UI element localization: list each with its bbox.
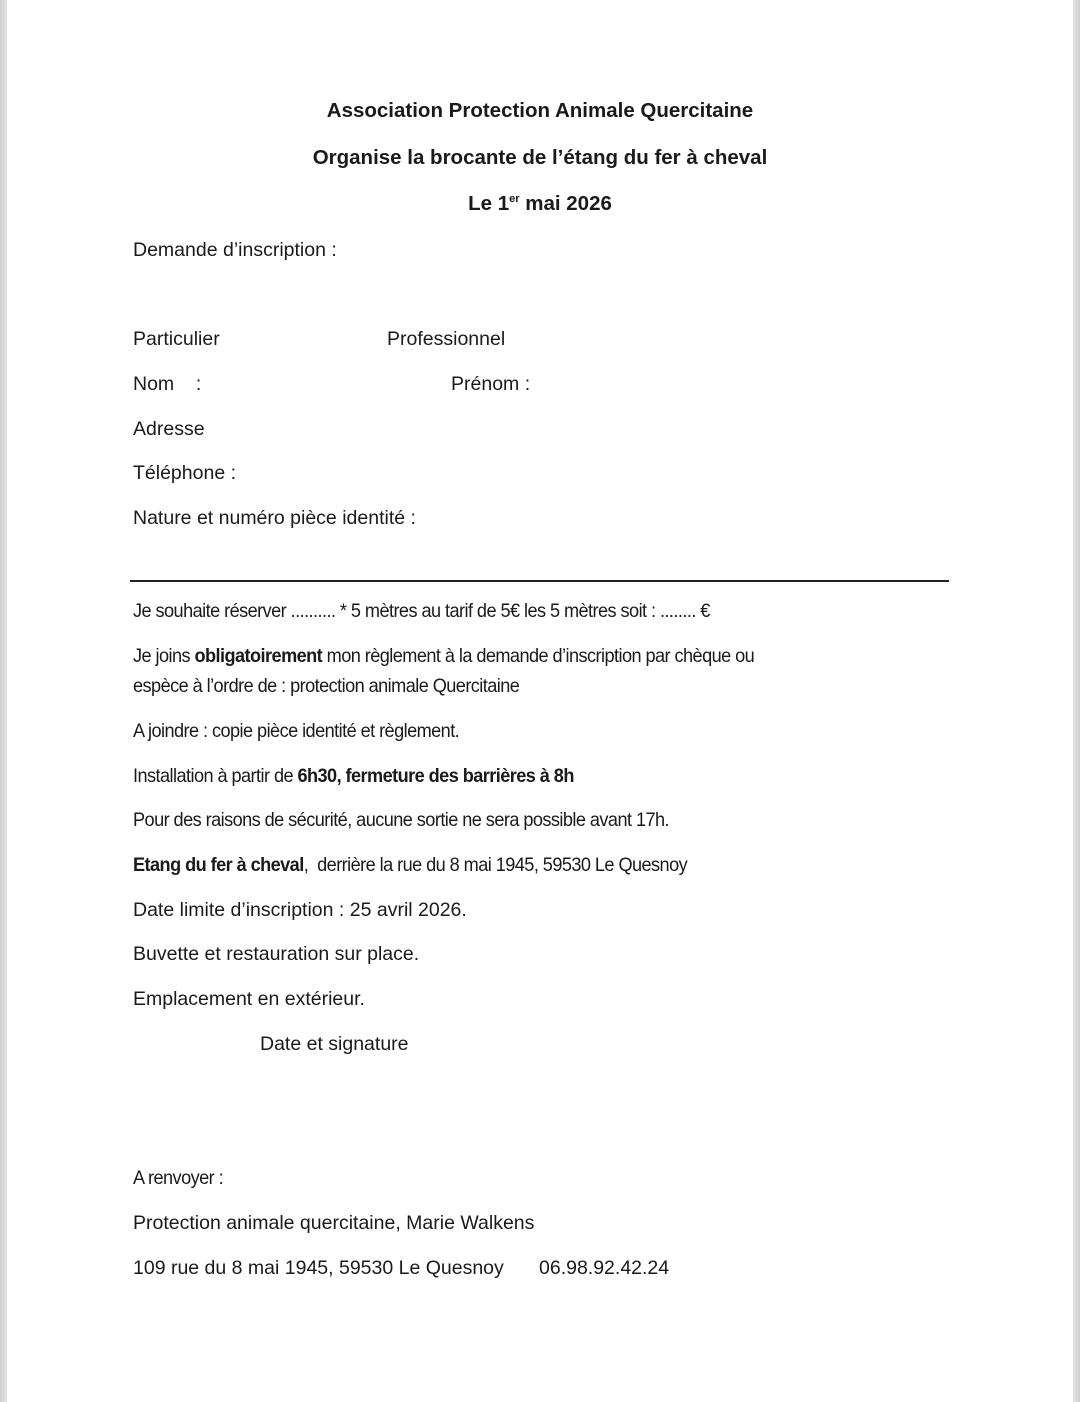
attachments-line: A joindre : copie pièce identité et règl… (133, 719, 459, 743)
phone-label: Téléphone : (133, 461, 236, 485)
first-name-label: Prénom : (451, 372, 530, 396)
location-name: Etang du fer à cheval (133, 854, 304, 876)
payment-mandatory: obligatoirement (195, 645, 323, 667)
event-title: Organise la brocante de l’étang du fer à… (7, 145, 1073, 171)
option-private: Particulier (133, 327, 220, 351)
organization-title: Association Protection Animale Quercitai… (7, 98, 1073, 124)
event-date-suffix: mai 2026 (520, 192, 612, 215)
document-page: Association Protection Animale Quercitai… (7, 0, 1073, 1402)
installation-times: 6h30, fermeture des barrières à 8h (297, 765, 573, 787)
payment-prefix: Je joins (133, 645, 195, 667)
outdoor-line: Emplacement en extérieur. (133, 987, 365, 1011)
event-date-prefix: Le 1 (468, 192, 509, 215)
installation-line: Installation à partir de 6h30, fermeture… (133, 764, 574, 788)
registration-section-title: Demande d’inscription : (133, 238, 337, 262)
return-label: A renvoyer : (133, 1166, 223, 1190)
signature-label: Date et signature (260, 1032, 409, 1056)
event-date-ordinal: er (509, 193, 519, 205)
section-divider (130, 580, 949, 582)
installation-prefix: Installation à partir de (133, 765, 297, 787)
location-address: , derrière la rue du 8 mai 1945, 59530 L… (304, 854, 687, 876)
security-line: Pour des raisons de sécurité, aucune sor… (133, 808, 669, 832)
reservation-line: Je souhaite réserver .......... * 5 mètr… (133, 599, 710, 623)
return-recipient: Protection animale quercitaine, Marie Wa… (133, 1211, 534, 1235)
last-name-label: Nom : (133, 372, 201, 396)
payment-line: Je joins obligatoirement mon règlement à… (133, 644, 754, 668)
return-phone: 06.98.92.42.24 (539, 1256, 669, 1280)
option-professional: Professionnel (387, 327, 505, 351)
address-label: Adresse (133, 417, 205, 441)
id-document-label: Nature et numéro pièce identité : (133, 506, 416, 530)
return-address: 109 rue du 8 mai 1945, 59530 Le Quesnoy (133, 1256, 504, 1280)
event-date: Le 1er mai 2026 (7, 191, 1073, 217)
page-gutter-left (0, 0, 7, 1402)
deadline-line: Date limite d’inscription : 25 avril 202… (133, 898, 467, 922)
page-gutter-right (1073, 0, 1080, 1402)
payment-line-2: espèce à l’ordre de : protection animale… (133, 674, 519, 698)
location-line: Etang du fer à cheval, derrière la rue d… (133, 853, 687, 877)
refreshments-line: Buvette et restauration sur place. (133, 942, 419, 966)
payment-suffix: mon règlement à la demande d’inscription… (322, 645, 754, 667)
